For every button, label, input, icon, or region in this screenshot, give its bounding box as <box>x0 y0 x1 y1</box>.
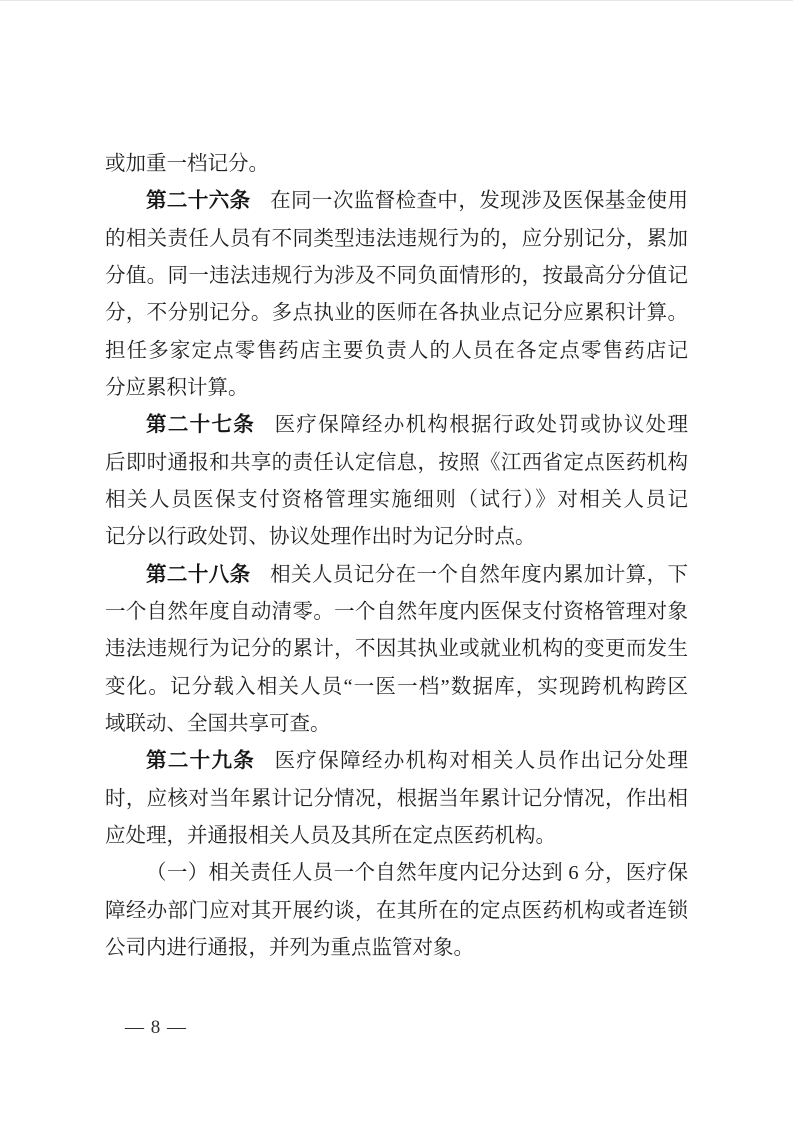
article-number-label: 第二十九条 <box>146 750 255 772</box>
article-number-label: 第二十六条 <box>146 190 251 212</box>
document-body: 或加重一档记分。 第二十六条在同一次监督检查中，发现涉及医保基金使用 的相关责任… <box>105 146 688 967</box>
page-number: — 8 — <box>125 1016 187 1040</box>
body-text-line: 后即时通报和共享的责任认定信息，按照《江西省定点医药机构 <box>105 445 688 482</box>
article-number-label: 第二十七条 <box>146 414 255 436</box>
body-text-line: 应处理，并通报相关人员及其所在定点医药机构。 <box>105 818 688 855</box>
article-body-text: 医疗保障经办机构根据行政处罚或协议处理 <box>275 414 688 436</box>
article-line: 第二十七条医疗保障经办机构根据行政处罚或协议处理 <box>105 407 688 444</box>
body-text-line: 担任多家定点零售药店主要负责人的人员在各定点零售药店记 <box>105 333 688 370</box>
body-text-line: 的相关责任人员有不同类型违法违规行为的，应分别记分，累加 <box>105 221 688 258</box>
scan-edge-line <box>0 0 793 1</box>
body-text-line: 变化。记分载入相关人员“一医一档”数据库，实现跨机构跨区 <box>105 669 688 706</box>
body-text-line: 违法违规行为记分的累计，不因其执业或就业机构的变更而发生 <box>105 631 688 668</box>
article-body-text: 相关人员记分在一个自然年度内累加计算，下 <box>270 564 688 586</box>
body-text-line: 或加重一档记分。 <box>105 146 688 183</box>
article-body-text: 医疗保障经办机构对相关人员作出记分处理 <box>275 750 688 772</box>
article-line: 第二十六条在同一次监督检查中，发现涉及医保基金使用 <box>105 183 688 220</box>
list-item-line: （一）相关责任人员一个自然年度内记分达到 6 分，医疗保 <box>105 855 688 892</box>
article-number-label: 第二十八条 <box>146 564 251 586</box>
article-line: 第二十八条相关人员记分在一个自然年度内累加计算，下 <box>105 557 688 594</box>
body-text-line: 相关人员医保支付资格管理实施细则（试行）》对相关人员记分。 <box>105 482 688 519</box>
body-text-line: 记分以行政处罚、协议处理作出时为记分时点。 <box>105 519 688 556</box>
article-line: 第二十九条医疗保障经办机构对相关人员作出记分处理 <box>105 743 688 780</box>
body-text-line: 公司内进行通报，并列为重点监管对象。 <box>105 930 688 967</box>
body-text-line: 一个自然年度自动清零。一个自然年度内医保支付资格管理对象 <box>105 594 688 631</box>
body-text-line: 障经办部门应对其开展约谈，在其所在的定点医药机构或者连锁 <box>105 893 688 930</box>
document-page: 或加重一档记分。 第二十六条在同一次监督检查中，发现涉及医保基金使用 的相关责任… <box>0 0 793 1122</box>
body-text-line: 分应累积计算。 <box>105 370 688 407</box>
body-text-line: 域联动、全国共享可查。 <box>105 706 688 743</box>
body-text-line: 分，不分别记分。多点执业的医师在各执业点记分应累积计算。 <box>105 295 688 332</box>
article-body-text: 在同一次监督检查中，发现涉及医保基金使用 <box>270 190 688 212</box>
body-text-line: 分值。同一违法违规行为涉及不同负面情形的，按最高分分值记 <box>105 258 688 295</box>
body-text-line: 时，应核对当年累计记分情况，根据当年累计记分情况，作出相 <box>105 781 688 818</box>
